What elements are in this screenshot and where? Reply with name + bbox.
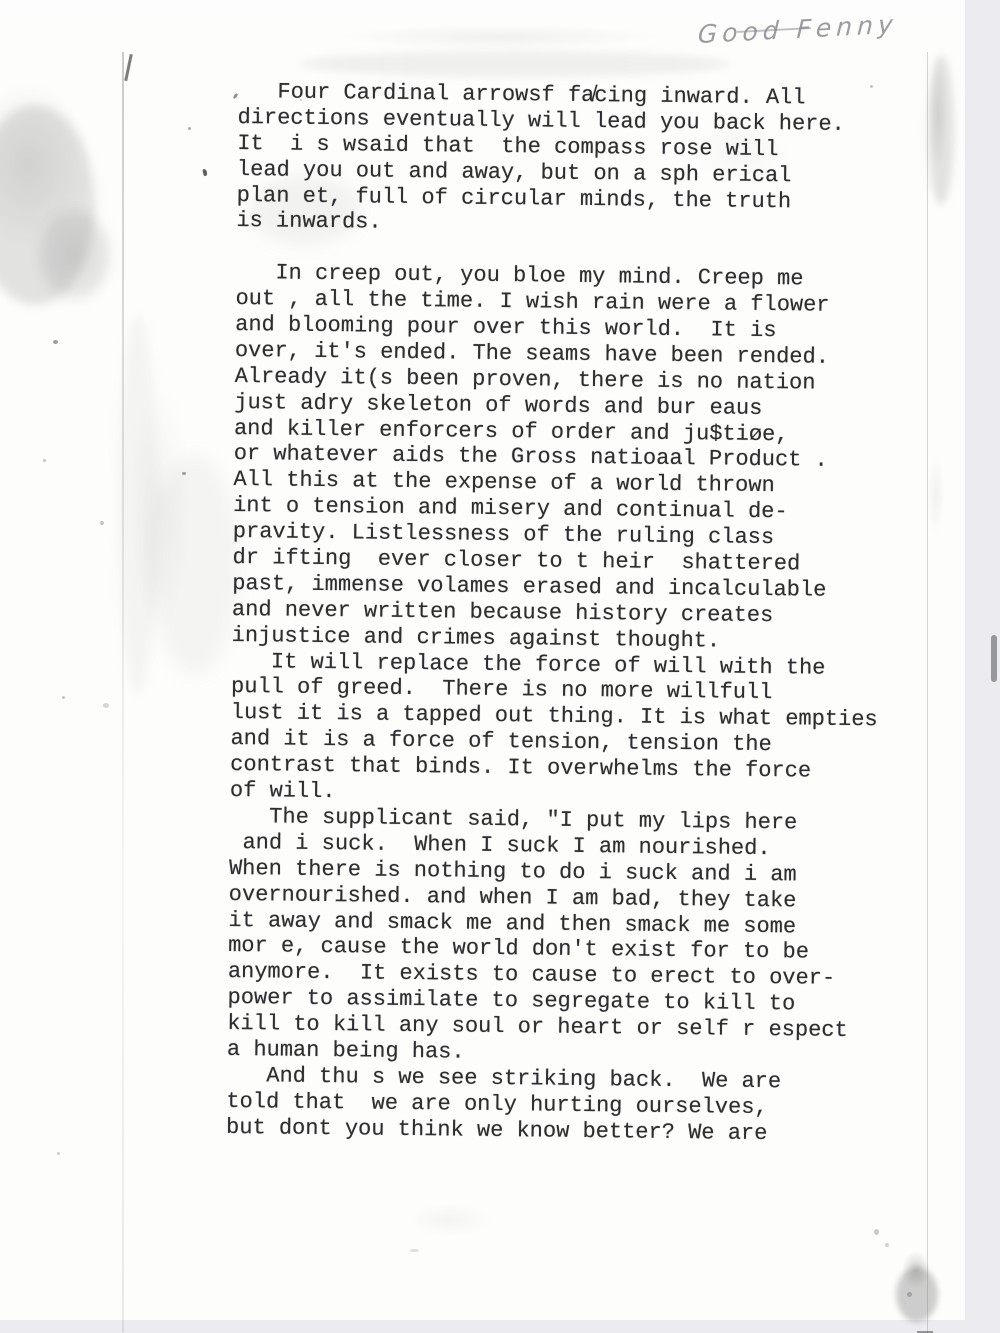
paper-speck (410, 1249, 419, 1252)
paper-speck (100, 521, 104, 525)
paper-speck (43, 459, 46, 462)
paper-smudge (118, 315, 158, 695)
paper-smudge (300, 51, 730, 77)
paper-fold-crease (122, 52, 124, 1332)
paper-smudge (40, 210, 110, 300)
paper-smudge (896, 1267, 938, 1322)
paper-speck (182, 472, 186, 475)
paper-speck (62, 696, 65, 699)
paper-speck (103, 703, 109, 708)
paper-speck (202, 169, 208, 177)
paper-speck (188, 127, 191, 130)
paper-speck (57, 1152, 60, 1155)
paper-speck (885, 1243, 889, 1247)
paper-smudge (150, 455, 240, 675)
scanned-page: Four Cardinal arrowsf fa̸cing inward. Al… (0, 25, 965, 1320)
document-viewer: Four Cardinal arrowsf fa̸cing inward. Al… (0, 0, 1000, 1333)
paper-speck (874, 1229, 879, 1235)
paper-speck (907, 1292, 912, 1297)
scrollbar[interactable] (985, 0, 1000, 1333)
paper-fold-tick (124, 54, 132, 81)
paper-speck (53, 340, 58, 344)
typewriter-text: Four Cardinal arrowsf fa̸cing inward. Al… (226, 79, 968, 1149)
scrollbar-thumb[interactable] (991, 635, 997, 682)
